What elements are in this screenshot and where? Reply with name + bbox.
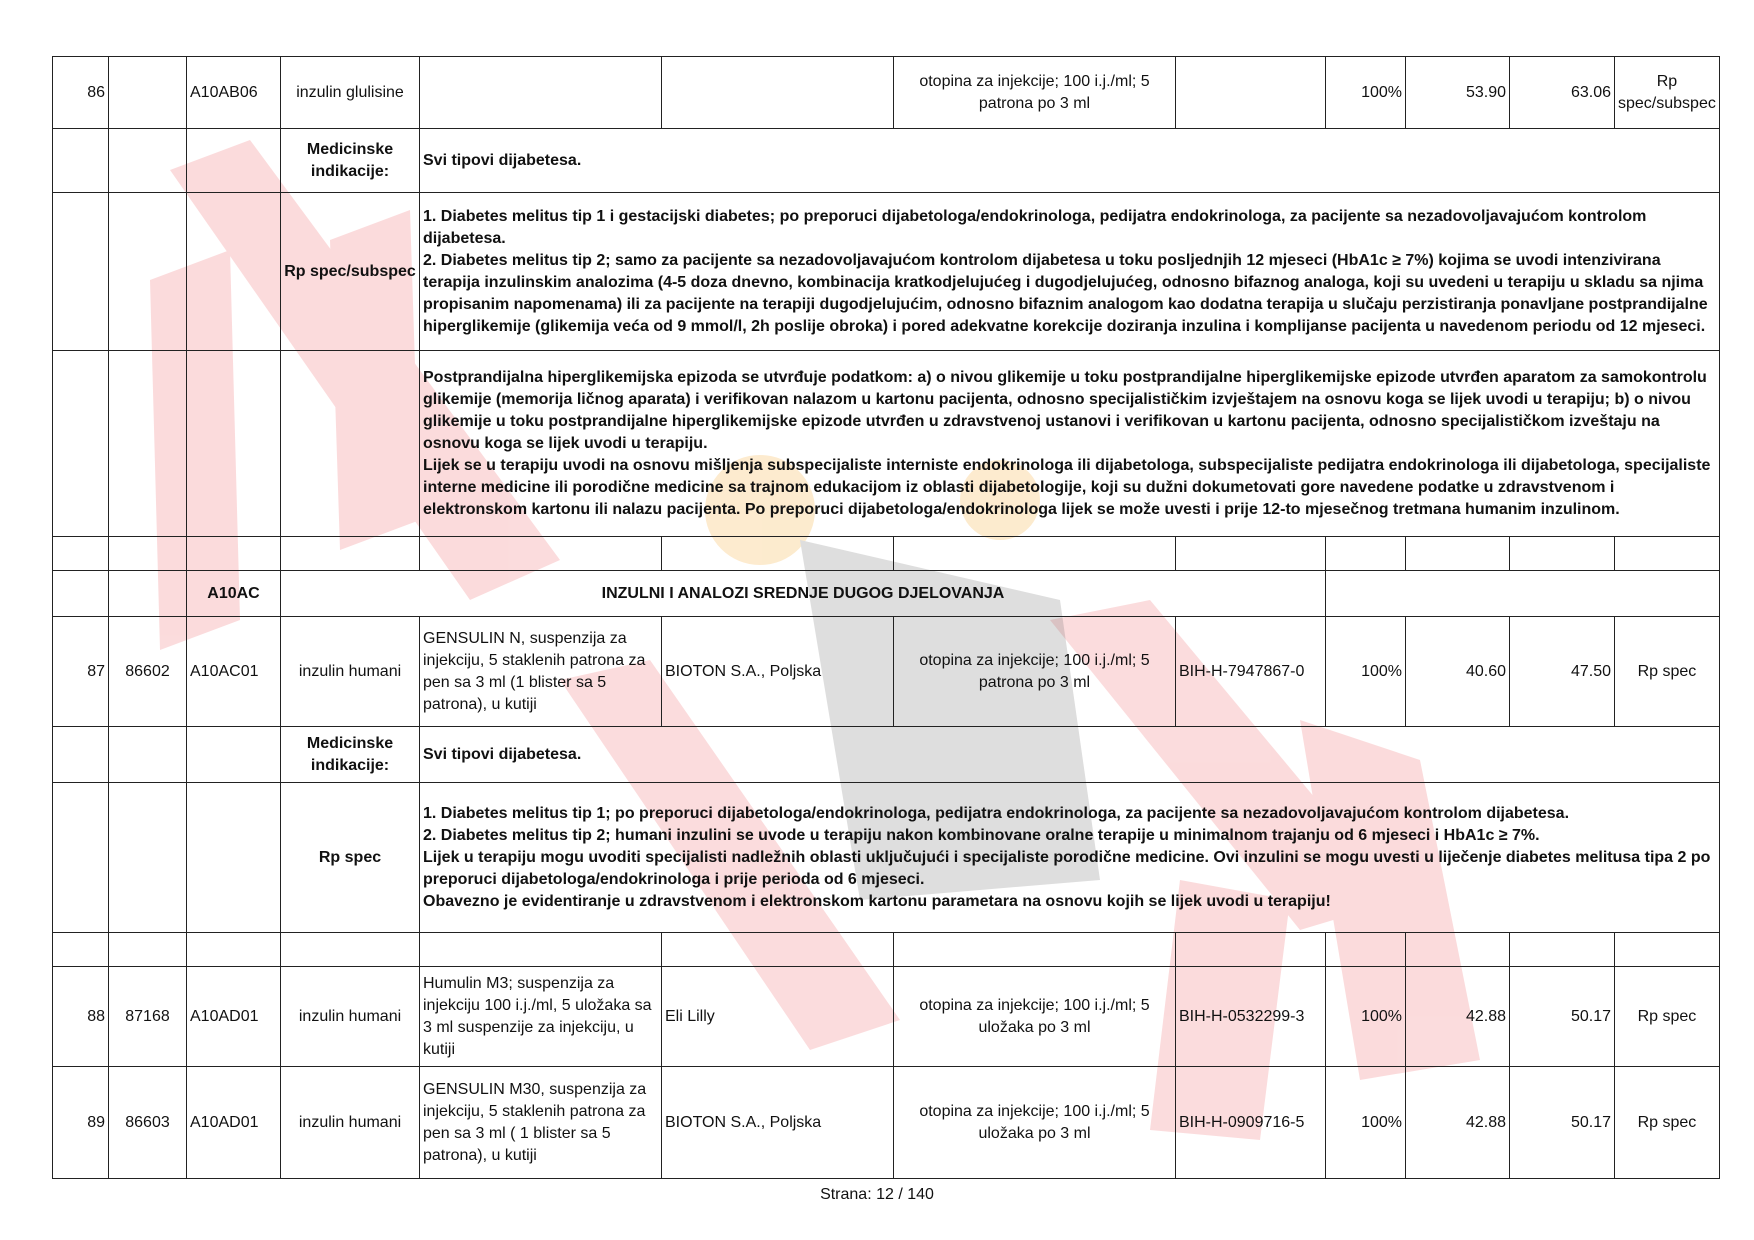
manufacturer: BIOTON S.A., Poljska	[662, 617, 894, 727]
note-text: Postprandijalna hiperglikemijska epizoda…	[420, 351, 1720, 537]
license-number: BIH-H-7947867-0	[1176, 617, 1326, 727]
participation: 100%	[1326, 57, 1406, 129]
indications-text: Svi tipovi dijabetesa.	[420, 727, 1720, 783]
license-number: BIH-H-0909716-5	[1176, 1067, 1326, 1179]
table-row-indications: Medicinske indikacije: Svi tipovi dijabe…	[53, 727, 1720, 783]
inn: inzulin glulisine	[281, 57, 420, 129]
table-row-note: Postprandijalna hiperglikemijska epizoda…	[53, 351, 1720, 537]
manufacturer	[662, 57, 894, 129]
license-number	[1176, 57, 1326, 129]
pharmaceutical-form: otopina za injekcije; 100 i.j./ml; 5 ulo…	[894, 1067, 1176, 1179]
indications-label: Medicinske indikacije:	[281, 727, 420, 783]
price-gross: 63.06	[1510, 57, 1615, 129]
section-header-row: A10AC INZULNI I ANALOZI SREDNJE DUGOG DJ…	[53, 571, 1720, 617]
table-row-spacer	[53, 933, 1720, 967]
table-row-regime: Rp spec/subspec 1. Diabetes melitus tip …	[53, 193, 1720, 351]
drug-code: 86603	[109, 1067, 187, 1179]
prescription-regime: Rp spec	[1615, 617, 1720, 727]
inn: inzulin humani	[281, 1067, 420, 1179]
price-gross: 47.50	[1510, 617, 1615, 727]
participation: 100%	[1326, 617, 1406, 727]
indications-label: Medicinske indikacije:	[281, 129, 420, 193]
price-gross: 50.17	[1510, 1067, 1615, 1179]
table-row-regime: Rp spec 1. Diabetes melitus tip 1; po pr…	[53, 783, 1720, 933]
participation: 100%	[1326, 1067, 1406, 1179]
table-row-spacer	[53, 537, 1720, 571]
drug-name	[420, 57, 662, 129]
table-row: 88 87168 A10AD01 inzulin humani Humulin …	[53, 967, 1720, 1067]
regime-label: Rp spec	[281, 783, 420, 933]
pharmaceutical-form: otopina za injekcije; 100 i.j./ml; 5 ulo…	[894, 967, 1176, 1067]
table-row: 89 86603 A10AD01 inzulin humani GENSULIN…	[53, 1067, 1720, 1179]
pharmaceutical-form: otopina za injekcije; 100 i.j./ml; 5 pat…	[894, 617, 1176, 727]
row-number: 89	[53, 1067, 109, 1179]
inn: inzulin humani	[281, 967, 420, 1067]
participation: 100%	[1326, 967, 1406, 1067]
row-number: 87	[53, 617, 109, 727]
price-net: 42.88	[1406, 967, 1510, 1067]
atc-code: A10AD01	[187, 1067, 281, 1179]
price-net: 40.60	[1406, 617, 1510, 727]
prescription-regime: Rp spec/subspec	[1615, 57, 1720, 129]
section-atc: A10AC	[187, 571, 281, 617]
regime-text: 1. Diabetes melitus tip 1 i gestacijski …	[420, 193, 1720, 351]
drug-list-table: 86 A10AB06 inzulin glulisine otopina za …	[52, 56, 1720, 1179]
drug-code: 87168	[109, 967, 187, 1067]
atc-code: A10AD01	[187, 967, 281, 1067]
section-title: INZULNI I ANALOZI SREDNJE DUGOG DJELOVAN…	[281, 571, 1326, 617]
drug-name: GENSULIN N, suspenzija za injekciju, 5 s…	[420, 617, 662, 727]
price-net: 53.90	[1406, 57, 1510, 129]
prescription-regime: Rp spec	[1615, 967, 1720, 1067]
regime-text: 1. Diabetes melitus tip 1; po preporuci …	[420, 783, 1720, 933]
row-number: 88	[53, 967, 109, 1067]
drug-name: GENSULIN M30, suspenzija za injekciju, 5…	[420, 1067, 662, 1179]
prescription-regime: Rp spec	[1615, 1067, 1720, 1179]
page-number: Strana: 12 / 140	[0, 1186, 1754, 1204]
inn: inzulin humani	[281, 617, 420, 727]
drug-code	[109, 57, 187, 129]
atc-code: A10AB06	[187, 57, 281, 129]
drug-name: Humulin M3; suspenzija za injekciju 100 …	[420, 967, 662, 1067]
pharmaceutical-form: otopina za injekcije; 100 i.j./ml; 5 pat…	[894, 57, 1176, 129]
table-row: 86 A10AB06 inzulin glulisine otopina za …	[53, 57, 1720, 129]
table-row-indications: Medicinske indikacije: Svi tipovi dijabe…	[53, 129, 1720, 193]
drug-code: 86602	[109, 617, 187, 727]
row-number: 86	[53, 57, 109, 129]
license-number: BIH-H-0532299-3	[1176, 967, 1326, 1067]
table-row: 87 86602 A10AC01 inzulin humani GENSULIN…	[53, 617, 1720, 727]
price-gross: 50.17	[1510, 967, 1615, 1067]
manufacturer: BIOTON S.A., Poljska	[662, 1067, 894, 1179]
indications-text: Svi tipovi dijabetesa.	[420, 129, 1720, 193]
manufacturer: Eli Lilly	[662, 967, 894, 1067]
price-net: 42.88	[1406, 1067, 1510, 1179]
regime-label: Rp spec/subspec	[281, 193, 420, 351]
atc-code: A10AC01	[187, 617, 281, 727]
